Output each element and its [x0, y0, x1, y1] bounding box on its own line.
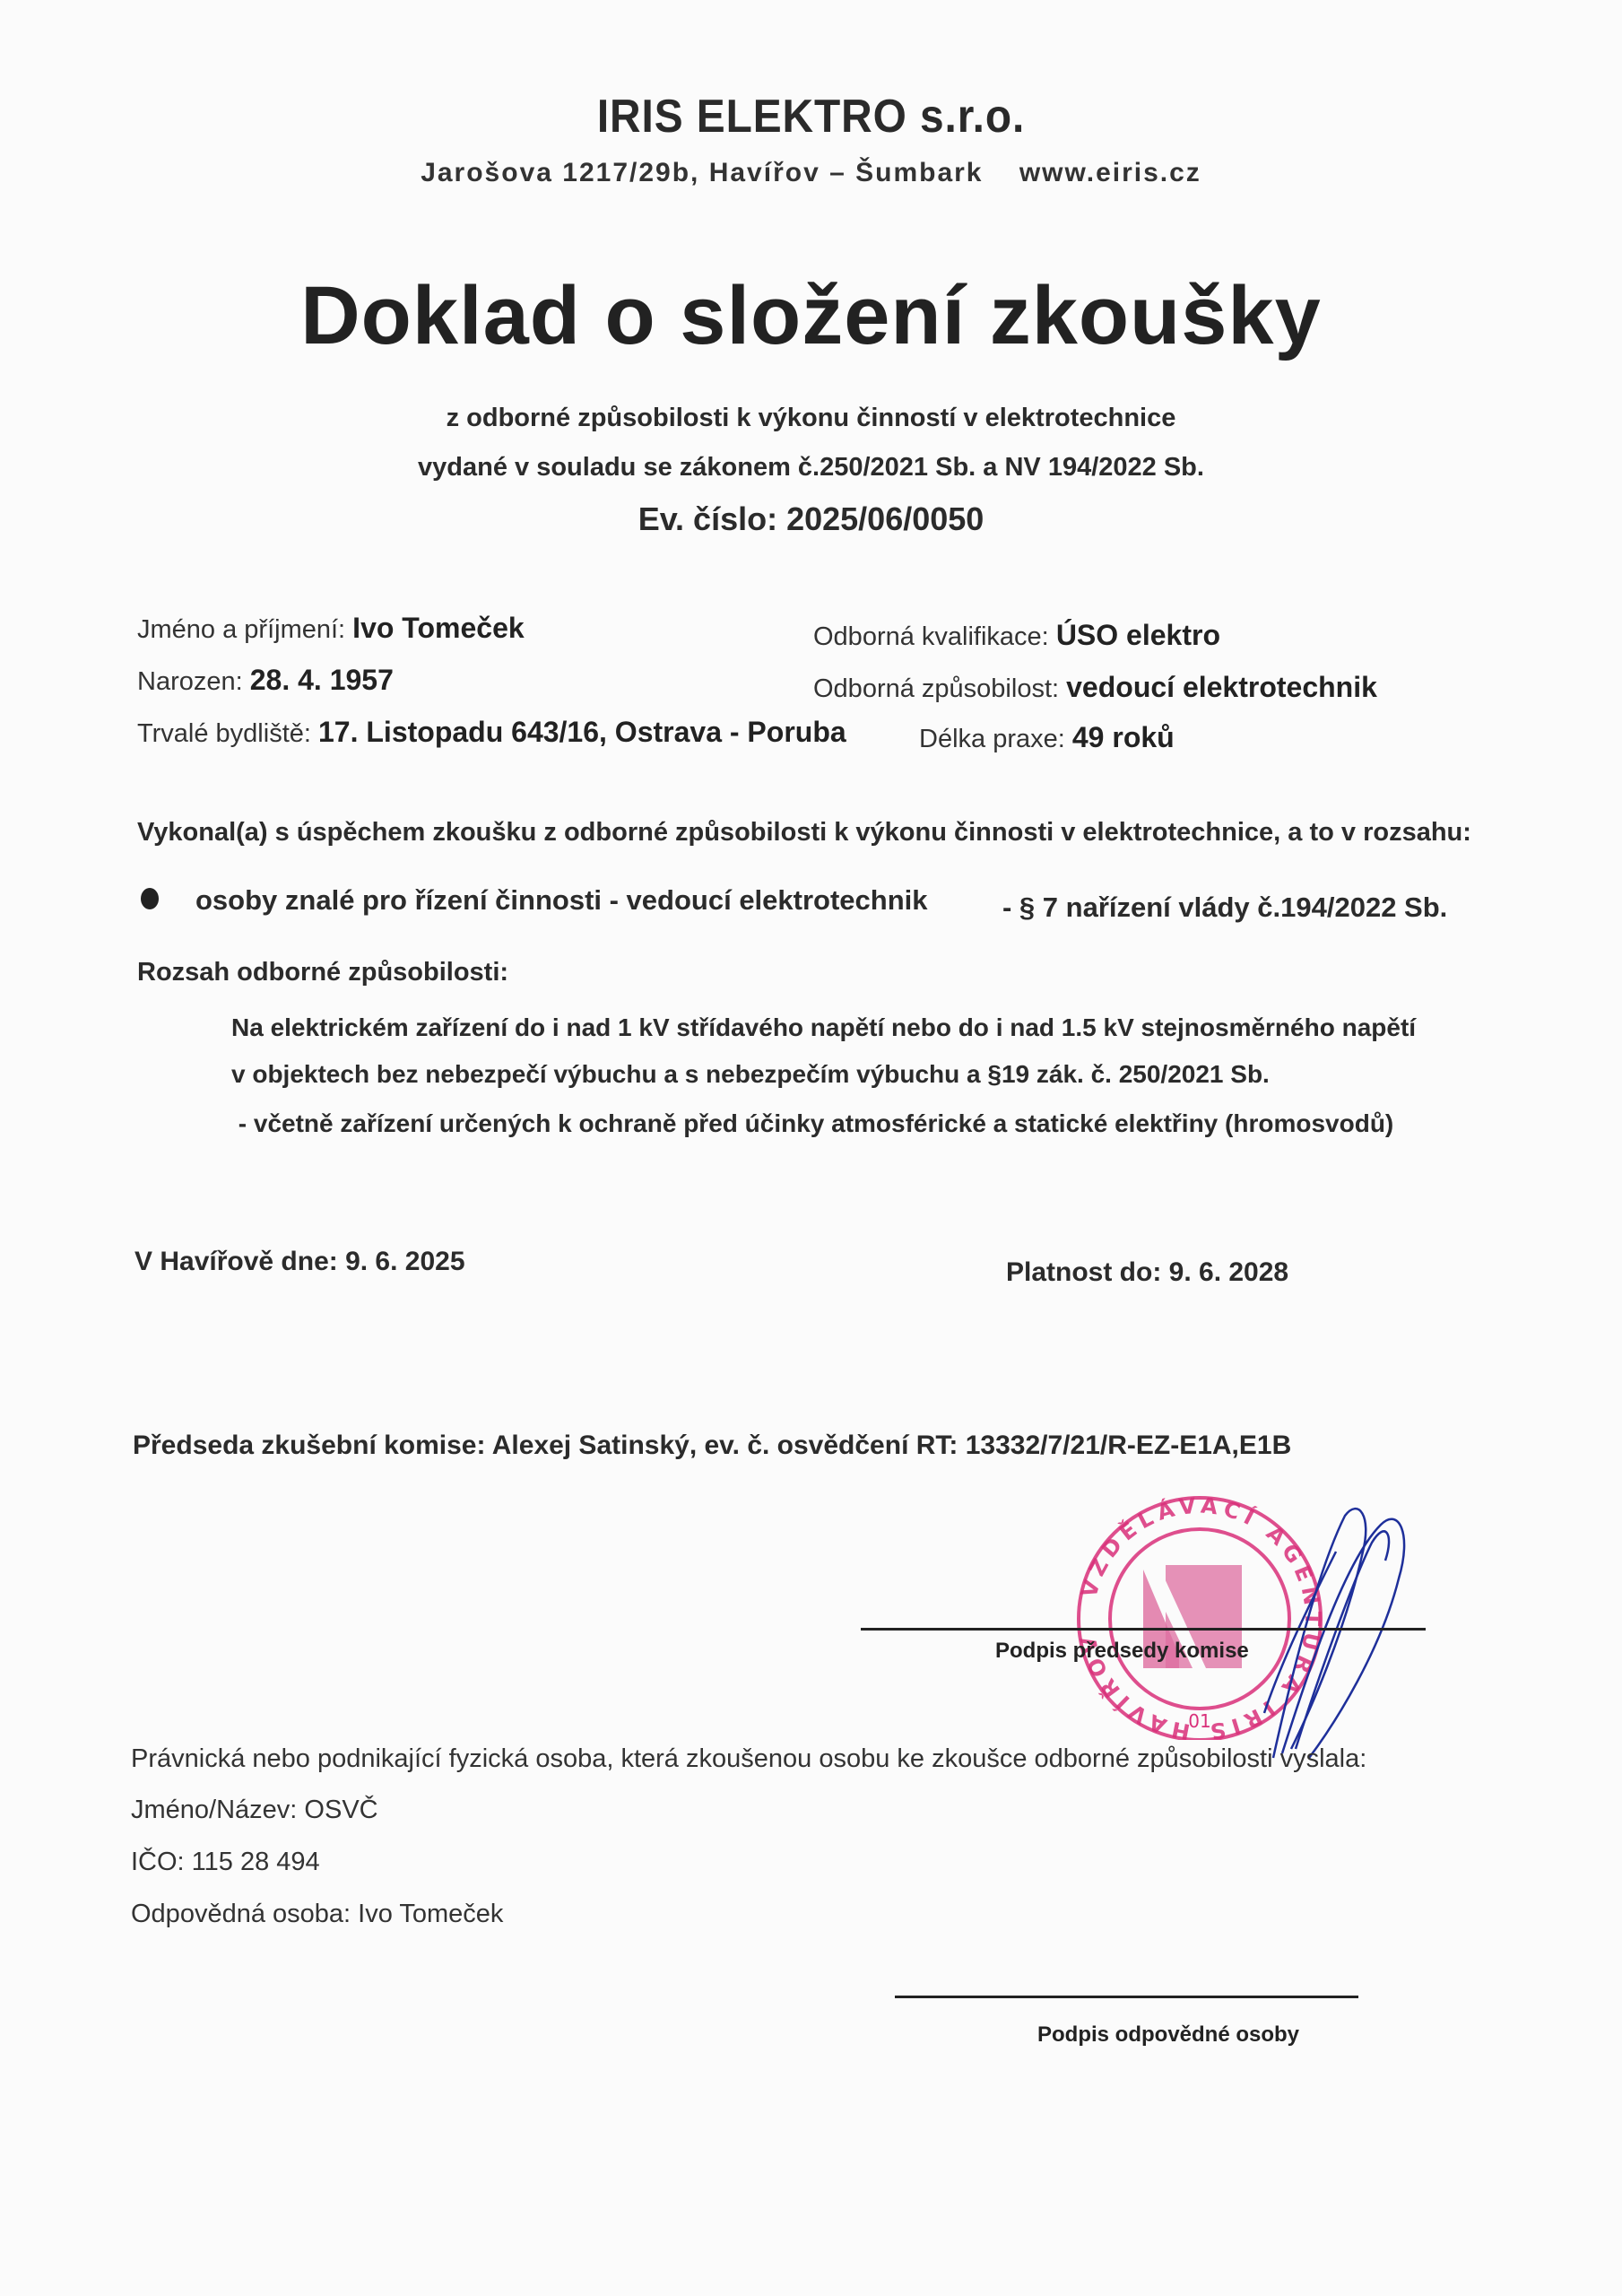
field-qualification-label: Odborná kvalifikace: — [813, 622, 1049, 651]
document-title: Doklad o složení zkoušky — [0, 269, 1622, 363]
commission-chair: Předseda zkušební komise: Alexej Satinsk… — [133, 1431, 1291, 1461]
sender-ico: IČO: 115 28 494 — [131, 1848, 320, 1877]
range-heading: Rozsah odborné způsobilosti: — [137, 958, 508, 987]
range-line-2: v objektech bez nebezpečí výbuchu a s ne… — [231, 1060, 1270, 1089]
field-name-value: Ivo Tomeček — [352, 612, 524, 644]
chair-signature-line — [861, 1628, 1426, 1631]
field-practice-label: Délka praxe: — [919, 725, 1065, 753]
field-residence-label: Trvalé bydliště: — [137, 719, 311, 748]
responsible-signature-line — [895, 1996, 1358, 1998]
stamp-number: 01 — [1188, 1710, 1210, 1732]
signature-icon — [1255, 1498, 1417, 1767]
issued-date: V Havířově dne: 9. 6. 2025 — [134, 1247, 465, 1277]
field-name-label: Jméno a příjmení: — [137, 615, 345, 644]
field-born-label: Narozen: — [137, 667, 243, 696]
bullet-icon — [141, 888, 159, 909]
valid-until: Platnost do: 9. 6. 2028 — [1006, 1257, 1288, 1288]
field-practice-value: 49 roků — [1072, 721, 1175, 753]
field-competence-value: vedoucí elektrotechnik — [1066, 671, 1377, 703]
chair-signature-label: Podpis předsedy komise — [995, 1639, 1249, 1664]
range-line-3: - včetně zařízení určených k ochraně pře… — [231, 1109, 1393, 1138]
sender-name: Jméno/Název: OSVČ — [131, 1796, 378, 1825]
field-competence: Odborná způsobilost: vedoucí elektrotech… — [813, 671, 1377, 704]
company-address: Jarošova 1217/29b, Havířov – Šumbark — [421, 158, 983, 187]
document-subtitle-2: vydané v souladu se zákonem č.250/2021 S… — [0, 453, 1622, 483]
field-born: Narozen: 28. 4. 1957 — [137, 664, 394, 697]
range-line-1: Na elektrickém zařízení do i nad 1 kV st… — [231, 1013, 1416, 1042]
company-website: www.eiris.cz — [1019, 158, 1201, 187]
field-competence-label: Odborná způsobilost: — [813, 674, 1059, 703]
exam-statement: Vykonal(a) s úspěchem zkoušku z odborné … — [137, 818, 1471, 848]
field-name: Jméno a příjmení: Ivo Tomeček — [137, 612, 525, 645]
scope-item: osoby znalé pro řízení činnosti - vedouc… — [195, 884, 928, 917]
evidence-number-value: 2025/06/0050 — [786, 500, 984, 537]
field-qualification-value: ÚSO elektro — [1056, 619, 1220, 651]
field-residence-value: 17. Listopadu 643/16, Ostrava - Poruba — [318, 716, 846, 748]
evidence-number: Ev. číslo: 2025/06/0050 — [0, 500, 1622, 538]
field-born-value: 28. 4. 1957 — [250, 664, 394, 696]
responsible-signature-label: Podpis odpovědné osoby — [1037, 2022, 1299, 2048]
field-practice: Délka praxe: 49 roků — [919, 721, 1175, 754]
company-name: IRIS ELEKTRO s.r.o. — [65, 90, 1557, 143]
sender-intro: Právnická nebo podnikající fyzická osoba… — [131, 1744, 1366, 1774]
company-address-line: Jarošova 1217/29b, Havířov – Šumbark www… — [0, 158, 1622, 188]
document-subtitle-1: z odborné způsobilosti k výkonu činností… — [0, 404, 1622, 433]
scope-reference: - § 7 nařízení vlády č.194/2022 Sb. — [1002, 891, 1447, 924]
field-residence: Trvalé bydliště: 17. Listopadu 643/16, O… — [137, 716, 846, 749]
field-qualification: Odborná kvalifikace: ÚSO elektro — [813, 619, 1220, 652]
sender-responsible: Odpovědná osoba: Ivo Tomeček — [131, 1900, 503, 1929]
evidence-number-label: Ev. číslo: — [638, 500, 777, 537]
